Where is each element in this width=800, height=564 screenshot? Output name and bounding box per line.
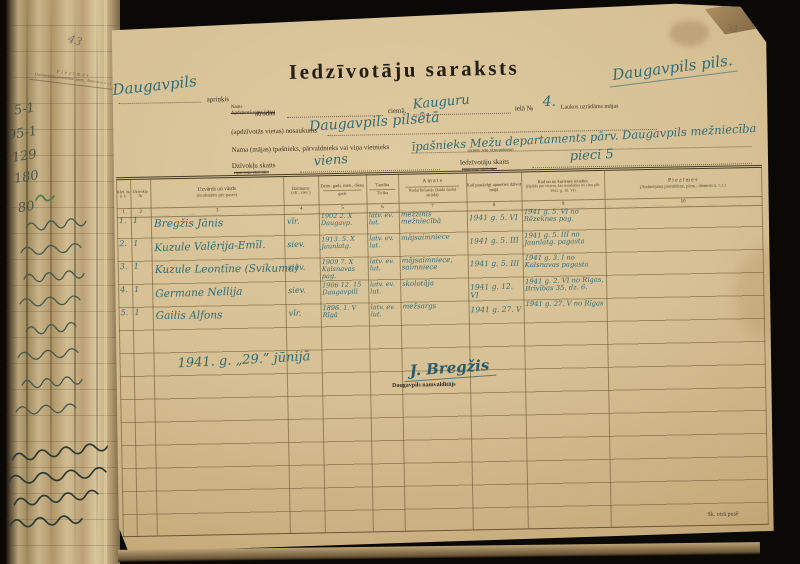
col-header-occupation: A m a t sNodarbošanās (kādā darbā strādā… <box>398 174 467 203</box>
col-header-nation: TautībaTicība <box>366 175 399 204</box>
cell-settled: 1941 g. 27. V <box>471 306 523 314</box>
cell-arrived: 1941 g. 27. V no Rīgas <box>526 300 610 308</box>
handwriting-scribble <box>34 192 58 204</box>
book-page-edges: Piezīmes (Atzīmējama prombūtne, piem., d… <box>6 0 120 564</box>
cell-kart: 4. <box>120 286 131 295</box>
cell-birth: 1902 2. X Daugavp. <box>321 213 366 227</box>
cell-dzivoklis: 1 <box>134 263 151 272</box>
rural-label: Laukos uzrādāms mājas <box>561 104 619 111</box>
street-number-handwriting: 4. <box>543 94 557 110</box>
cell-settled: 1941 g. 5. III <box>470 260 522 268</box>
footer-note: Sk. otrā pusē <box>707 511 738 518</box>
cell-nation: latv. ev. lut. <box>370 258 399 272</box>
cell-settled: 1941 g. 12. VI <box>470 282 522 299</box>
cell-arrived: 1941 g. 2. VI no Rīgas, Brīvības 35, dz.… <box>525 276 609 293</box>
street-no-label: ielā № <box>515 104 534 112</box>
cell-nation: latv. ev. lut. <box>369 212 398 226</box>
cell-name: Gailis Alfons <box>156 310 288 322</box>
cell-name: Kuzule Leontīne (Svikuma) <box>155 264 287 276</box>
col-header-birth: Dzim. gads, mēn., dienagads <box>318 175 367 204</box>
cell-birth: 1906 12. 15 Daugavpilī <box>322 281 367 296</box>
cell-arrived: 1941 g. 5. VI no Rēzeknes pag. <box>524 208 608 223</box>
cell-settled: 1941 g. 5. VI <box>469 214 521 222</box>
register-page: 33 Iedzīvotāju saraksts Daugavpils Dauga… <box>109 0 777 554</box>
cell-dzivoklis: 1 <box>133 217 150 226</box>
cell-sex: siev. <box>288 264 318 273</box>
signature-caption: Daugavpils namvaldītājs <box>392 382 456 389</box>
cell-nation: latv. ev. lut. <box>370 281 399 295</box>
owner-sublabel: (uzņēm. resp. tā nosaukums) <box>468 147 514 153</box>
cell-name: Bregžis Jānis <box>154 218 286 230</box>
owner-label: Nama (mājas) īpašnieks, pārvaldnieks vai… <box>231 143 389 154</box>
cell-sex: siev. <box>288 286 318 295</box>
cell-kart: 2. <box>119 240 130 249</box>
cell-kart: 5. <box>121 309 132 318</box>
cell-occupation: mājsaimniece, saimniece <box>402 257 467 272</box>
blank-line <box>118 94 200 105</box>
cell-occupation: mežzinis mežniecībā <box>401 211 466 226</box>
cell-sex: vīr. <box>287 218 317 227</box>
cell-occupation: mājsaimniece <box>401 233 466 242</box>
cell-dzivoklis: 1 <box>133 240 150 249</box>
cell-birth: 1896. 1. V Rīgā <box>323 305 368 319</box>
cell-sex: vīr. <box>289 310 319 319</box>
cell-name: Kuzule Valērija-Emīl. <box>154 239 286 254</box>
residents-table: Kārt. №p. k. Dzīvokļa№ Uzvārds un vārds(… <box>116 165 769 537</box>
cell-occupation: mežsargs <box>403 303 468 311</box>
cell-arrived: 1941 g. 3. I no Kalsnavas pagasta <box>525 254 609 269</box>
cell-birth: 1909 7. X Kalsnavas pag. <box>322 259 367 280</box>
col-header-kart: Kārt. №p. k. <box>116 180 131 208</box>
cell-occupation: skolotāja <box>402 279 467 288</box>
col-header-settled: Kad pastāvīgi apmeties dzīvot mājā <box>466 172 522 201</box>
col-header-name: Uzvārds un vārds(ierakstāms pēc pases) <box>150 177 284 208</box>
located-label: atrodas <box>255 109 275 117</box>
col-header-dzivoklis: Dzīvokļa№ <box>130 180 151 208</box>
paper-stain <box>669 20 709 47</box>
cell-birth: 1913. 5. X Jaunlatg. <box>321 235 366 250</box>
col-header-sex: Dzimums(vīr., siev.) <box>283 176 319 205</box>
cell-name: Germane Nellija <box>155 285 287 300</box>
cell-dzivoklis: 1 <box>134 286 151 295</box>
page-number: 33 <box>726 23 738 36</box>
cell-sex: siev. <box>287 240 317 249</box>
photo-backdrop: Piezīmes (Atzīmējama prombūtne, piem., d… <box>0 0 800 564</box>
cell-dzivoklis: 1 <box>135 309 152 318</box>
cell-kart: 3. <box>120 263 131 272</box>
col-header-arrived: Kad un no kurienes ieradies(jāpilda par … <box>521 171 605 201</box>
cell-kart: 1. <box>119 217 130 226</box>
margin-number: 80 <box>17 199 36 216</box>
cell-nation: latv. ev. lut. <box>369 235 398 249</box>
cell-settled: 1941 g. 5. III <box>469 236 521 245</box>
settlement-label: (apdzīvotās vietas) nosaukums <box>231 126 317 136</box>
county-label: apriņķis <box>206 95 229 103</box>
cell-arrived: 1941 g. 5. III no Jaunlatg. pagasta <box>524 230 608 247</box>
col-header-notes: P i e z ī m e s(Atzīmējama prombūtne, pi… <box>604 168 762 199</box>
cell-nation: latv. ev. lut. <box>371 304 400 318</box>
